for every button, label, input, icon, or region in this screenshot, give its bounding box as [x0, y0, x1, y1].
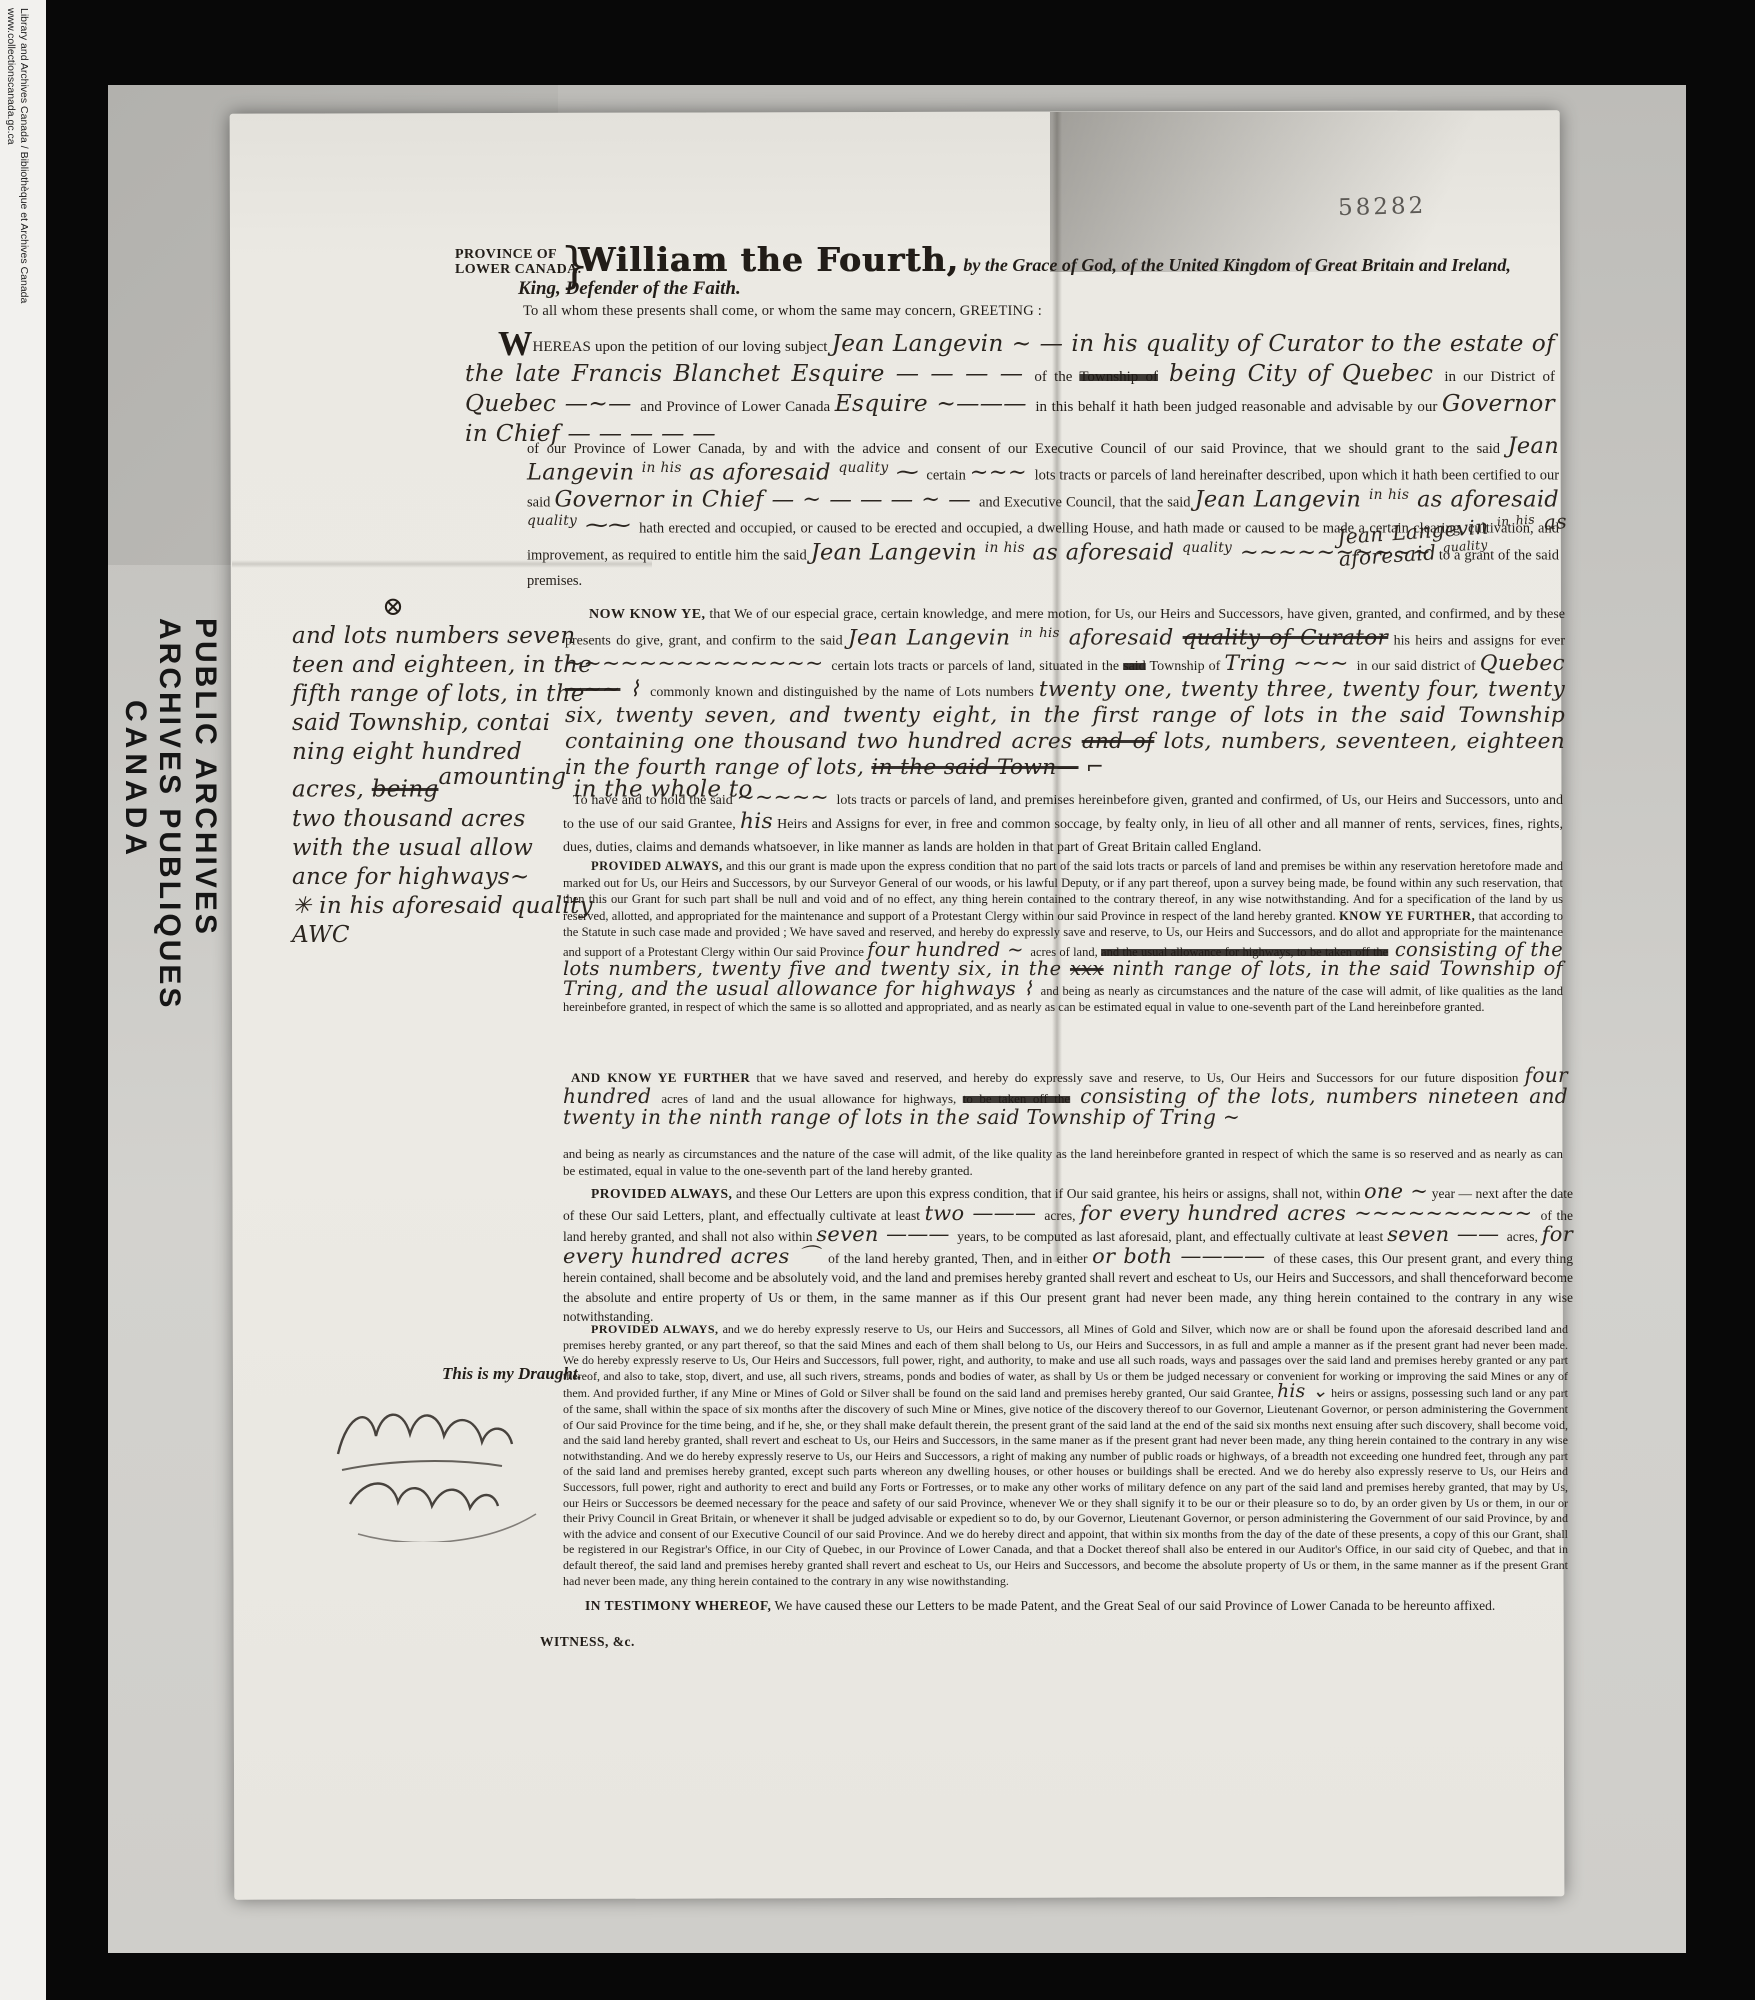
- text-segment: in this behalf it hath been judged reaso…: [1035, 399, 1442, 415]
- margin-note-line: ning eight hundred: [292, 738, 564, 767]
- text-segment: with the usual allow: [292, 835, 533, 861]
- text-segment: for every hundred acres ~~~~~~~~~~: [1080, 1201, 1541, 1225]
- text-segment: his heirs and assigns for ever: [1388, 633, 1565, 648]
- title-blackletter: William the Fourth,: [578, 240, 959, 279]
- text-segment: Quebec —~—: [465, 390, 640, 417]
- scanned-document-page: Library and Archives Canada / Bibliothèq…: [0, 0, 1755, 2000]
- text-segment: Township of: [1146, 659, 1225, 674]
- text-segment: aforesaid: [1060, 625, 1183, 650]
- text-segment: acres,: [1044, 1208, 1080, 1223]
- text-segment: in his: [985, 540, 1025, 556]
- greeting-line: To all whom these presents shall come, o…: [523, 303, 1042, 320]
- text-segment: two thousand acres: [292, 806, 526, 832]
- text-segment: of the land hereby granted, Then, and in…: [828, 1251, 1092, 1266]
- text-segment: quality: [527, 513, 577, 529]
- text-segment: ~~~: [970, 460, 1035, 486]
- text-segment: commonly known and distinguished by the …: [650, 685, 1039, 700]
- text-segment: years, to be computed as last aforesaid,…: [957, 1229, 1387, 1244]
- text-segment: HEREAS upon the petition of our loving s…: [533, 339, 832, 355]
- text-segment: to be taken off the: [963, 1091, 1070, 1106]
- attribution-text: Library and Archives Canada / Bibliothèq…: [4, 8, 30, 303]
- paragraph-now-know-ye: NOW KNOW YE, that We of our especial gra…: [565, 602, 1565, 784]
- text-segment: and being as nearly as circumstances and…: [563, 1146, 1563, 1178]
- text-segment: quality: [1442, 538, 1488, 555]
- paragraph-whereas: WHEREAS upon the petition of our loving …: [465, 332, 1555, 452]
- text-segment: his ⌄: [1277, 1381, 1328, 1402]
- text-segment: Quebec: [1480, 651, 1565, 676]
- text-segment: certain lots tracts or parcels of land, …: [831, 659, 1123, 674]
- text-segment: in our said district of: [1357, 659, 1480, 674]
- text-segment: To have and to hold the said: [573, 793, 737, 808]
- text-segment: being City of Quebec: [1158, 360, 1444, 387]
- text-segment: ~~~~~: [737, 785, 837, 810]
- text-segment: as aforesaid: [1409, 486, 1559, 512]
- margin-note: and lots numbers seventeen and eighteen,…: [292, 622, 564, 950]
- text-segment: ~~~: [565, 677, 620, 702]
- text-segment: or both ————: [1092, 1244, 1273, 1268]
- text-segment: Jean Langevin: [811, 539, 985, 565]
- text-segment: PROVIDED ALWAYS,: [591, 1186, 732, 1201]
- text-segment: ~~~~~~~~~~~~~~: [565, 651, 831, 676]
- text-segment: Esquire ~———: [835, 390, 1036, 417]
- text-segment: in his: [642, 460, 682, 476]
- text-segment: Governor in Chief — ~ — — — ~ —: [554, 486, 979, 512]
- margin-note-line: teen and eighteen, in the: [292, 651, 564, 680]
- text-segment: ⁓⁓: [577, 513, 639, 539]
- text-segment: ✳ in his aforesaid quality: [292, 893, 593, 919]
- text-segment: ⌐: [1079, 755, 1105, 780]
- heading-title: William the Fourth, by the Grace of God,…: [578, 240, 1558, 279]
- text-segment: teen and eighteen, in the: [292, 652, 592, 678]
- text-segment: ⌇: [620, 677, 650, 702]
- text-segment: ning eight hundred: [292, 739, 522, 765]
- text-segment: ⁓: [889, 460, 927, 486]
- text-segment: of the: [1034, 369, 1079, 385]
- text-segment: his: [740, 809, 773, 834]
- text-segment: AWC: [292, 922, 350, 948]
- text-segment: Jean Langevin: [1195, 486, 1369, 512]
- margin-note-line: ✳ in his aforesaid quality: [292, 892, 564, 921]
- margin-note-line: fifth range of lots, in the: [292, 680, 564, 709]
- margin-note-line: with the usual allow: [292, 834, 564, 863]
- margin-note-line: said Township, contai: [292, 709, 564, 738]
- title-tail: by the Grace of God, of the United Kingd…: [959, 255, 1511, 275]
- text-segment: fifth range of lots, in the: [292, 681, 585, 707]
- text-segment: in his: [1369, 487, 1409, 503]
- text-segment: quality of Curator: [1183, 625, 1389, 650]
- text-segment: Tring ~~~: [1224, 651, 1356, 676]
- margin-note-line: and lots numbers seven: [292, 622, 564, 651]
- text-segment: said Township, contai: [292, 710, 550, 736]
- text-segment: one ~: [1364, 1179, 1428, 1203]
- text-segment: quality: [1182, 540, 1232, 556]
- text-segment: W: [498, 325, 533, 363]
- text-segment: in his: [1019, 626, 1059, 641]
- text-segment: Jean Langevin: [848, 625, 1019, 650]
- paragraph-provided-always-2: PROVIDED ALWAYS, and these Our Letters a…: [563, 1182, 1573, 1327]
- signature-scrawl-icon: [330, 1392, 565, 1542]
- margin-note-line: ance for highways~: [292, 863, 564, 892]
- text-segment: acres,: [1507, 1229, 1542, 1244]
- text-segment: in our District of: [1444, 369, 1555, 385]
- archives-stamp-fr: ARCHIVES PUBLIQUES: [152, 618, 186, 1010]
- insert-mark: ⊗: [382, 592, 404, 622]
- text-segment: IN TESTIMONY WHEREOF,: [585, 1598, 771, 1613]
- text-segment: NOW KNOW YE,: [589, 607, 706, 622]
- text-segment: ance for highways~: [292, 864, 530, 890]
- text-segment: and Executive Council, that the said: [979, 494, 1195, 510]
- text-segment: xxx: [1070, 957, 1104, 980]
- text-segment: seven ———: [816, 1222, 957, 1246]
- text-segment: seven ——: [1387, 1222, 1507, 1246]
- library-edge-strip: Library and Archives Canada / Bibliothèq…: [0, 0, 46, 2000]
- text-segment: and Province of Lower Canada: [640, 399, 835, 415]
- margin-note-line: two thousand acres: [292, 805, 564, 834]
- attribution-line-2: www.collectionscanada.gc.ca: [4, 8, 17, 303]
- text-segment: two ———: [925, 1201, 1045, 1225]
- paragraph-provided-always-3: PROVIDED ALWAYS, and we do hereby expres…: [563, 1322, 1568, 1589]
- paragraph-and-know-ye-further: AND KNOW YE FURTHER that we have saved a…: [563, 1066, 1568, 1129]
- file-number-stamp: 58282: [1338, 193, 1427, 221]
- text-segment: and these Our Letters are upon this expr…: [732, 1186, 1364, 1201]
- text-segment: and lots numbers seven: [292, 623, 575, 649]
- signature-scrawl: [330, 1392, 565, 1547]
- margin-note-line: AWC: [292, 921, 564, 950]
- archives-stamp-canada: CANADA: [118, 700, 152, 860]
- text-segment: of our Province of Lower Canada, by and …: [527, 441, 1508, 457]
- text-segment: quality: [838, 460, 888, 476]
- text-segment: PROVIDED ALWAYS,: [591, 859, 723, 873]
- attribution-line-1: Library and Archives Canada / Bibliothèq…: [17, 8, 30, 303]
- text-segment: certain: [926, 468, 969, 484]
- text-segment: said: [1123, 659, 1146, 674]
- text-segment: in the said Town—: [871, 755, 1078, 780]
- text-segment: acres,: [292, 777, 372, 803]
- text-segment: in his: [1496, 512, 1535, 529]
- paragraph-grant: of our Province of Lower Canada, by and …: [527, 436, 1559, 594]
- paragraph-in-testimony: IN TESTIMONY WHEREOF, We have caused the…: [505, 1597, 1560, 1615]
- text-segment: as aforesaid: [1025, 539, 1182, 565]
- draught-label: This is my Draught.: [442, 1364, 582, 1384]
- text-segment: amounting: [438, 764, 566, 790]
- paragraph-and-being: and being as nearly as circumstances and…: [563, 1145, 1563, 1179]
- text-segment: being: [372, 777, 439, 803]
- paragraph-provided-always-1: PROVIDED ALWAYS, and this our grant is m…: [563, 858, 1563, 1016]
- text-segment: AND KNOW YE FURTHER: [571, 1070, 750, 1085]
- text-segment: acres of land and the usual allowance fo…: [661, 1091, 962, 1106]
- archives-stamp-en: PUBLIC ARCHIVES: [188, 618, 222, 937]
- text-segment: PROVIDED ALWAYS,: [591, 1322, 719, 1336]
- paragraph-to-have-and-to-hold: To have and to hold the said ~~~~~ lots …: [563, 788, 1563, 859]
- text-segment: heirs or assigns, possessing such land o…: [563, 1386, 1568, 1587]
- heading-title-line2: King, Defender of the Faith.: [518, 278, 741, 300]
- text-segment: We have caused these our Letters to be m…: [771, 1598, 1495, 1613]
- text-segment: and of: [1082, 729, 1155, 754]
- text-segment: that we have saved and reserved, and her…: [750, 1070, 1524, 1085]
- text-segment: Township of: [1079, 369, 1158, 385]
- text-segment: KNOW YE FURTHER,: [1339, 909, 1475, 923]
- witness-line: WITNESS, &c.: [540, 1634, 635, 1650]
- margin-note-line: acres, beingamounting in the whole to: [292, 767, 564, 805]
- text-segment: as aforesaid: [682, 460, 839, 486]
